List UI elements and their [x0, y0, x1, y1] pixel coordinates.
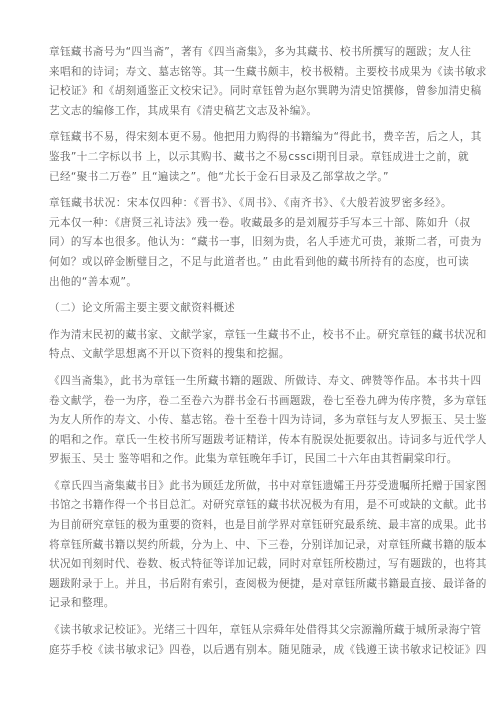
paragraph-sidangzhai-ji: 《四当斋集》，此书为章钰一生所藏书籍的题跋、所做诗、寿文、碑赞等作品。本书共十四…	[49, 372, 452, 470]
text-line: 庭芬手校《读书敏求记》四卷，以后遇有别本。随见随录，成《钱遵王读书敏求记校证》四	[49, 641, 452, 661]
text-line: 已经“聚书二万卷” 且“遍读之”。他“尤长于金石目录及乙部掌故之学。”	[49, 168, 452, 188]
text-line: 书馆之书籍作得一个书目总汇。对研究章钰的藏书状况极为有用，是不可或缺的文献。此书	[49, 496, 452, 516]
paragraph-dushu-minqiu-ji: 《读书敏求记校证》。光绪三十四年，章钰从宗舜年处借得其父宗源瀚所藏于城所录海宁管…	[49, 621, 452, 660]
paragraph-intro: 章钰藏书斋号为“四当斋”，著有《四当斋集》，多为其藏书、校书所撰写的题跋；友人往…	[49, 43, 452, 121]
text-line: 章钰藏书斋号为“四当斋”，著有《四当斋集》，多为其藏书、校书所撰写的题跋；友人往	[49, 43, 452, 63]
text-line: 《章氏四当斋集藏书目》此书为顾廷龙所做，书中对章钰遗孀王丹芬受遗嘱所托赠于国家图	[49, 477, 452, 497]
text-line: 作为清末民初的藏书家、文献学家，章钰一生藏书不止，校书不止。研究章钰的藏书状况和	[49, 326, 452, 346]
text-line: 记录和整理。	[49, 594, 452, 614]
paragraph-collecting-difficulty: 章钰藏书不易，得宋刻本更不易。他把用力购得的书籍编为“得此书，费辛苦，后之人，其…	[49, 128, 452, 187]
text-line: 罗振玉、吴士 鉴等唱和之作。此集为章钰晚年手订，民国二十六年由其哲嗣棠印行。	[49, 450, 452, 470]
paragraph-book-catalog: 《章氏四当斋集藏书目》此书为顾廷龙所做，书中对章钰遗孀王丹芬受遗嘱所托赠于国家图…	[49, 477, 452, 614]
text-line: 同）的写本也很多。他认为：“藏书一事，旧刻为贵，名人手迹尤可贵，兼斯二者，可贵为	[49, 233, 452, 253]
text-line: 《四当斋集》，此书为章钰一生所藏书籍的题跋、所做诗、寿文、碑赞等作品。本书共十四	[49, 372, 452, 392]
text-line: 卷文献学，卷一为序，卷二至卷六为群书金石书画题跋，卷七至卷九碑为传序赞，多为章钰	[49, 392, 452, 412]
text-line: 章钰藏书状况：宋本仅四种：《晋书》、《周书》、《南齐书》、《大般若波罗密多经》。	[49, 194, 452, 214]
text-line: 记校证》和《胡刻通鉴正文校宋记》。同时章钰曾为赵尔巽聘为清史馆撰修，曾参加清史稿	[49, 82, 452, 102]
paragraph-section-intro: 作为清末民初的藏书家、文献学家，章钰一生藏书不止，校书不止。研究章钰的藏书状况和…	[49, 326, 452, 365]
text-line: 鉴我”十二字标以书 上，以示其购书、藏书之不易cssci期刊目录。章钰成进士之前…	[49, 148, 452, 168]
text-line: 为目前研究章钰的极为重要的资料，也是目前学界对章钰研究最系统、最丰富的成果。此书	[49, 516, 452, 536]
text-line: 艺文志的编修工作，其成果有《清史稿艺文志及补编》。	[49, 102, 452, 122]
text-line: 状况如刊刻时代、卷数、板式特征等详加记载，同时对章钰所校勘过，写有题跋的，也将其	[49, 555, 452, 575]
text-line: 来唱和的诗词；寿文、墓志铭等。其一生藏书颇丰，校书极精。主要校书成果为《读书敏求	[49, 63, 452, 83]
text-line: 出他的“善本观”。	[49, 273, 452, 293]
text-line: 章钰藏书不易，得宋刻本更不易。他把用力购得的书籍编为“得此书，费辛苦，后之人，其	[49, 128, 452, 148]
document-page: 章钰藏书斋号为“四当斋”，著有《四当斋集》，多为其藏书、校书所撰写的题跋；友人往…	[49, 43, 452, 667]
text-line: 元本仅一种：《唐贤三礼诗法》残一卷。收藏最多的是刘履芬手写本三十部、陈如升（叔	[49, 214, 452, 234]
text-line: 题跋附录于上。并且，书后附有索引，查阅极为便捷，是对章钰所藏书籍最直接、最详备的	[49, 575, 452, 595]
paragraph-collection-status: 章钰藏书状况：宋本仅四种：《晋书》、《周书》、《南齐书》、《大般若波罗密多经》。…	[49, 194, 452, 292]
text-line: 《读书敏求记校证》。光绪三十四年，章钰从宗舜年处借得其父宗源瀚所藏于城所录海宁管	[49, 621, 452, 641]
text-line: 将章钰所藏书籍以契约所载，分为上、中、下三卷，分别详加记录，对章钰所藏书籍的版本	[49, 536, 452, 556]
section-heading: （二）论文所需主要主要文献资料概述	[49, 299, 452, 319]
text-line: 的唱和之作。章氏一生校书所写题跋考证精详，传本有脱误处扼要叙出。诗词多与近代学人	[49, 431, 452, 451]
text-line: 特点、文献学思想离不开以下资料的搜集和挖掘。	[49, 345, 452, 365]
text-line: 为友人所作的寿文、小传、墓志铭。卷十至卷十四为诗词，多为章钰与友人罗振玉、吴士鉴	[49, 411, 452, 431]
text-line: 何如？或以碎金断璧目之，不足与此道者也。” 由此看到他的藏书所持有的态度，也可读	[49, 253, 452, 273]
